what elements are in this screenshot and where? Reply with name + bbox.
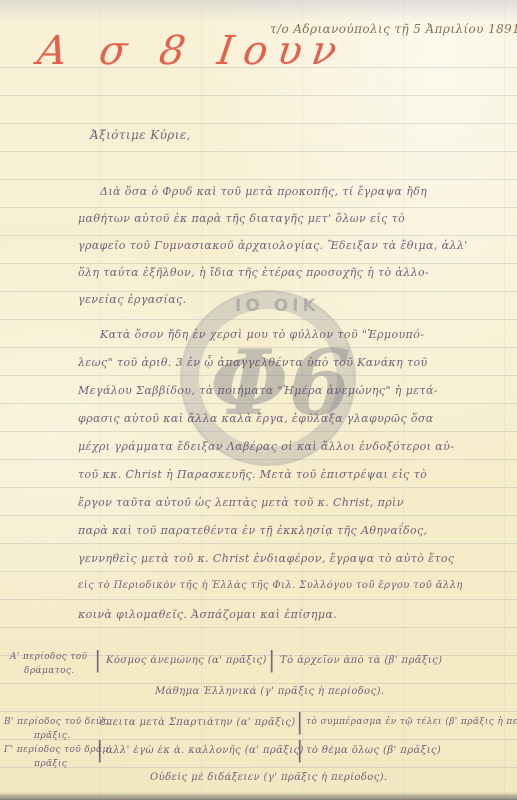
brace-divider: | — [296, 738, 303, 763]
row-item: τὸ θέμα ὅλως (β' πρᾶξις) — [306, 745, 441, 756]
row-item: Τὸ ἀρχεῖον ἀπὸ τὰ (β' πρᾶξις) — [280, 655, 442, 666]
row-label: πρᾶξις. — [34, 731, 70, 741]
paper-fold — [0, 0, 517, 22]
text-line: λεως" τοῦ ἀριθ. 3 ἐν ᾧ ἀπαγγελθέντα ὑπὸ … — [78, 356, 428, 369]
brace-divider: | — [268, 648, 275, 673]
text-line: φρασις αὐτοῦ καὶ ἄλλα καλὰ ἔργα, ἐφύλαξα… — [78, 412, 434, 425]
text-line: τοῦ κκ. Christ ἡ Παρασκευῆς. Μετὰ τοῦ ἐπ… — [78, 468, 427, 481]
row-label: Β' περίοδος τοῦ δεύτ. — [4, 717, 110, 727]
text-line: ἔργον ταῦτα αὐτοῦ ὡς λεπτὰς μετὰ τοῦ κ. … — [78, 496, 404, 509]
brace-divider: | — [296, 710, 303, 735]
text-line: γραφεῖο τοῦ Γυμνασιακοῦ ἀρχαιολογίας. Ἔδ… — [78, 239, 468, 252]
salutation: Ἀξιότιμε Κύριε, — [90, 128, 191, 142]
letter-page: Α σ 8 Ιουν τ/ο Αδριανούπολις τῇ 5 Ἀπριλί… — [0, 0, 517, 800]
row-label: πρᾶξις — [34, 759, 67, 769]
text-line: ὅλη ταύτα ἐξῆλθον, ἡ ἴδια τῆς ἑτέρας προ… — [78, 266, 429, 279]
row-center-line: Οὐδεὶς μὲ διδάξειεν (γ' πρᾶξις ἡ περίοδο… — [150, 772, 388, 783]
stamp-text: ΙΟ ΟΙΚ — [235, 296, 320, 316]
row-item: ἔπειτα μετὰ Σπαρτιάτην (α' πρᾶξις) — [100, 717, 296, 728]
text-line: Διὰ ὅσα ὁ Φρυδ καὶ τοῦ μετὰ προκοπῆς, τί… — [100, 185, 427, 198]
row-center-line: Μάθημα Ἑλληνικά (γ' πρᾶξις ἡ περίοδος). — [155, 686, 384, 697]
row-label: δράματος. — [24, 666, 75, 676]
text-line: μαθήτων αὐτοῦ ἐκ παρὰ τῆς διαταγῆς μετ' … — [78, 212, 405, 225]
text-line: μέχρι γράμματα ἔδειξαν Λαβέρας οἱ καὶ ἄλ… — [78, 440, 454, 453]
page-edge-shadow — [0, 792, 517, 800]
text-line: γενείας ἐργασίας. — [78, 293, 187, 306]
brace-divider: | — [96, 738, 103, 763]
text-line: γεννηθεὶς μετὰ τοῦ κ. Christ ἐνδιαφέρον,… — [78, 552, 454, 565]
text-line: εἰς τὸ Περιοδικὸν τῆς ἡ Ἑλλὰς τῆς Φιλ. Σ… — [78, 580, 463, 591]
row-label: Α' περίοδος τοῦ — [10, 652, 87, 662]
brace-divider: | — [94, 648, 101, 673]
text-line: Κατὰ ὅσον ἤδη ἐν χερσὶ μου τὸ φύλλον τοῦ… — [100, 328, 424, 341]
text-line: κοινὰ φιλομαθεῖς. Ἀσπάζομαι καὶ ἐπίσημα. — [78, 608, 337, 621]
row-item: ἀλλ' ἐγὼ ἐκ ἀ. καλλονῆς (α' πρᾶξις) — [106, 745, 304, 756]
row-item: τὸ συμπέρασμα ἐν τῷ τέλει (β' πρᾶξις ἡ π… — [306, 717, 517, 727]
row-item: Κόσμος ἀνεμώνης (α' πρᾶξις) — [106, 655, 267, 666]
date-line: τ/ο Αδριανούπολις τῇ 5 Ἀπριλίου 1891 — [270, 22, 517, 36]
text-line: παρὰ καὶ τοῦ παρατεθέντα ἐν τῇ ἐκκλησίᾳ … — [78, 524, 427, 537]
text-line: Μεγάλου Σαββίδου, τὰ ποιήματα "Ἡμέρα ἀνε… — [78, 384, 438, 397]
